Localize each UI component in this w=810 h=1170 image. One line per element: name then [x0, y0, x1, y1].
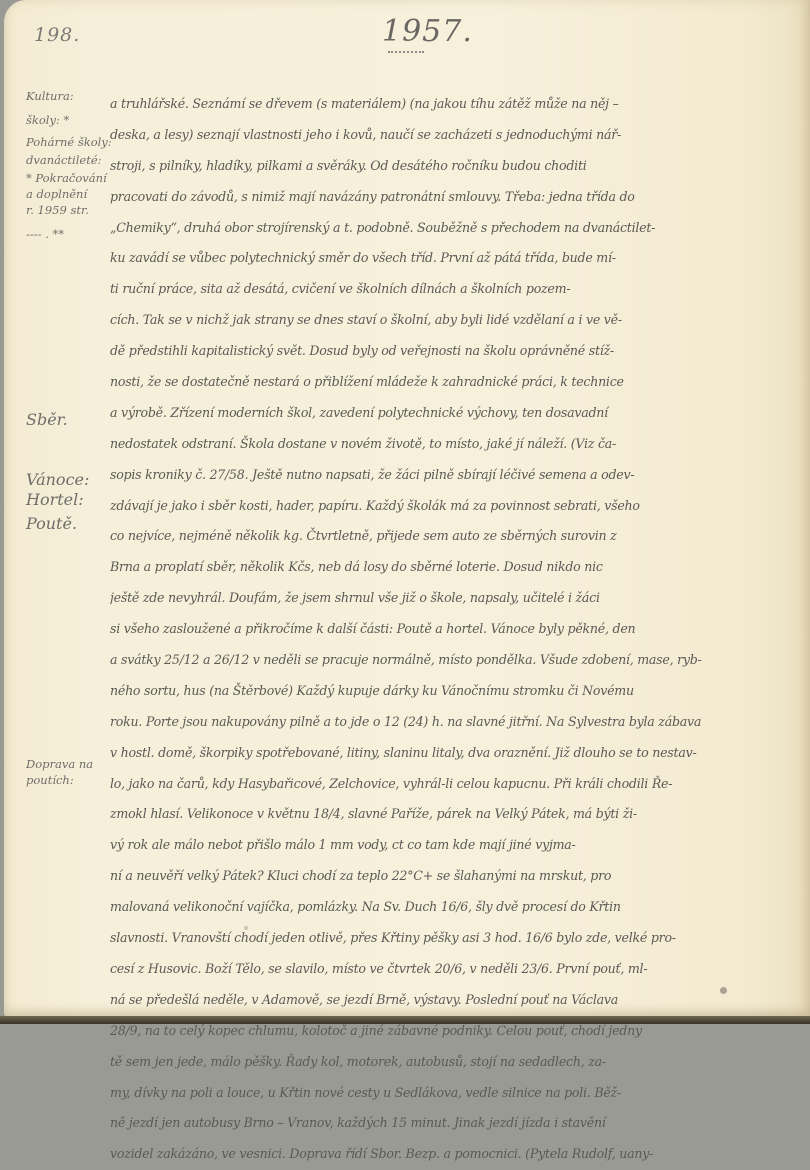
text-line: vý rok ale málo nebot přišlo málo 1 mm v… [110, 830, 732, 861]
text-line: a svátky 25/12 a 26/12 v neděli se pracu… [110, 645, 732, 676]
text-line: nedostatek odstraní. Škola dostane v nov… [110, 429, 732, 460]
text-line: co nejvíce, nejméně několik kg. Čtvrtlet… [110, 521, 732, 552]
handwritten-body-text: a truhlářské. Seznámí se dřevem (s mater… [110, 89, 732, 1024]
margin-note: Kultura: [26, 88, 74, 104]
text-line: ti ruční práce, sita až desátá, cvičení … [110, 274, 732, 305]
text-line: slavnosti. Vranovští chodí jeden otlivě,… [110, 923, 732, 954]
ink-blot [244, 926, 248, 930]
text-line: pracovati do závodů, s nimiž mají navázá… [110, 182, 732, 213]
margin-note: dvanáctileté: [26, 152, 102, 168]
margin-note: Vánoce: [26, 470, 89, 490]
text-line: Brna a proplatí sběr, několik Kčs, neb d… [110, 552, 732, 583]
margin-note: Doprava na poutích: [26, 756, 93, 788]
text-line: cích. Tak se v nichž jak strany se dnes … [110, 305, 732, 336]
text-line: a výrobě. Zřízení moderních škol, zavede… [110, 398, 732, 429]
text-line: malovaná velikonoční vajíčka, pomlázky. … [110, 892, 732, 923]
margin-note: školy: * [26, 112, 69, 128]
text-line: ná se předešlá neděle, v Adamově, se jez… [110, 985, 732, 1016]
text-line: dě předstihli kapitalistický svět. Dosud… [110, 336, 732, 367]
text-line: nosti, že se dostatečně nestará o přiblí… [110, 367, 732, 398]
text-line: ku zavádí se vůbec polytechnický směr do… [110, 243, 732, 274]
text-line: cesí z Husovic. Boží Tělo, se slavilo, m… [110, 954, 732, 985]
page-bottom-edge [0, 1016, 810, 1024]
text-line: v hostl. domě, škorpiky spotřebované, li… [110, 738, 732, 769]
margin-note: Sběr. [26, 410, 68, 430]
text-line: ného sortu, hus (na Štěrbové) Každý kupu… [110, 676, 732, 707]
text-line: zdávají je jako i sběr kosti, hader, pap… [110, 491, 732, 522]
page-number: 198. [34, 24, 80, 46]
text-line: roku. Porte jsou nakupovány pilně a to j… [110, 707, 732, 738]
margin-note: * Pokračování a doplnění r. 1959 str. [26, 170, 112, 218]
margin-note: Hortel: [26, 490, 84, 510]
margin-note: Poutě. [26, 514, 77, 534]
margin-note: ---- . ** [26, 226, 64, 242]
text-line: stroji, s pilníky, hladíky, pilkami a sv… [110, 151, 732, 182]
margin-note: Pohárné školy: [26, 134, 112, 150]
chronicle-page: 198. 1957. Kultura:školy: *Pohárné školy… [4, 0, 810, 1018]
text-line: ještě zde nevyhrál. Doufám, že jsem shrn… [110, 583, 732, 614]
text-line: ní a neuvěří velký Pátek? Kluci chodí za… [110, 861, 732, 892]
text-line: a truhlářské. Seznámí se dřevem (s mater… [110, 89, 732, 120]
text-line: „Chemiky“, druhá obor strojírenský a t. … [110, 213, 732, 244]
text-line: si všeho zasloužené a přikročíme k další… [110, 614, 732, 645]
text-line: lo, jako na čarů, kdy Hasybařicové, Zelc… [110, 769, 732, 800]
text-line: deska, a lesy) seznají vlastnosti jeho i… [110, 120, 732, 151]
text-line: sopis kroniky č. 27/58. Ještě nutno naps… [110, 460, 732, 491]
ink-blot [720, 987, 727, 994]
year-heading: 1957. [382, 14, 473, 49]
text-line: zmokl hlasí. Velikonoce v květnu 18/4, s… [110, 799, 732, 830]
year-underline-decoration [388, 51, 424, 53]
